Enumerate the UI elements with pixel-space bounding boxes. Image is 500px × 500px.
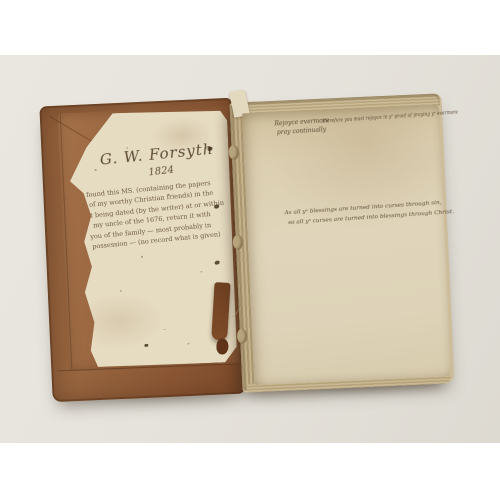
- owner-inscription-name: G. W. Forsyth: [99, 140, 214, 169]
- ink-blot: [144, 344, 148, 347]
- first-page: Rejoyce evermore pray continually theref…: [242, 104, 451, 385]
- book-text-block: Rejoyce evermore pray continually theref…: [230, 93, 455, 392]
- ownership-note: found this MS. (containing the papers of…: [86, 177, 227, 252]
- annotation-rejoyce-line2: pray continually: [277, 126, 327, 136]
- book-front-cover: G. W. Forsyth 1824 found this MS. (conta…: [39, 98, 244, 402]
- leather-tie-strap: [211, 282, 230, 341]
- ink-blot: [215, 260, 220, 264]
- photo-canvas: G. W. Forsyth 1824 found this MS. (conta…: [0, 0, 500, 500]
- owner-inscription-year: 1824: [148, 165, 175, 179]
- annotation-blessings: As all yᵉ blessings are turned into curs…: [284, 198, 454, 229]
- annotation-rejoyce-continuation: therefore you must rejoyce in yᵉ proof o…: [322, 110, 458, 125]
